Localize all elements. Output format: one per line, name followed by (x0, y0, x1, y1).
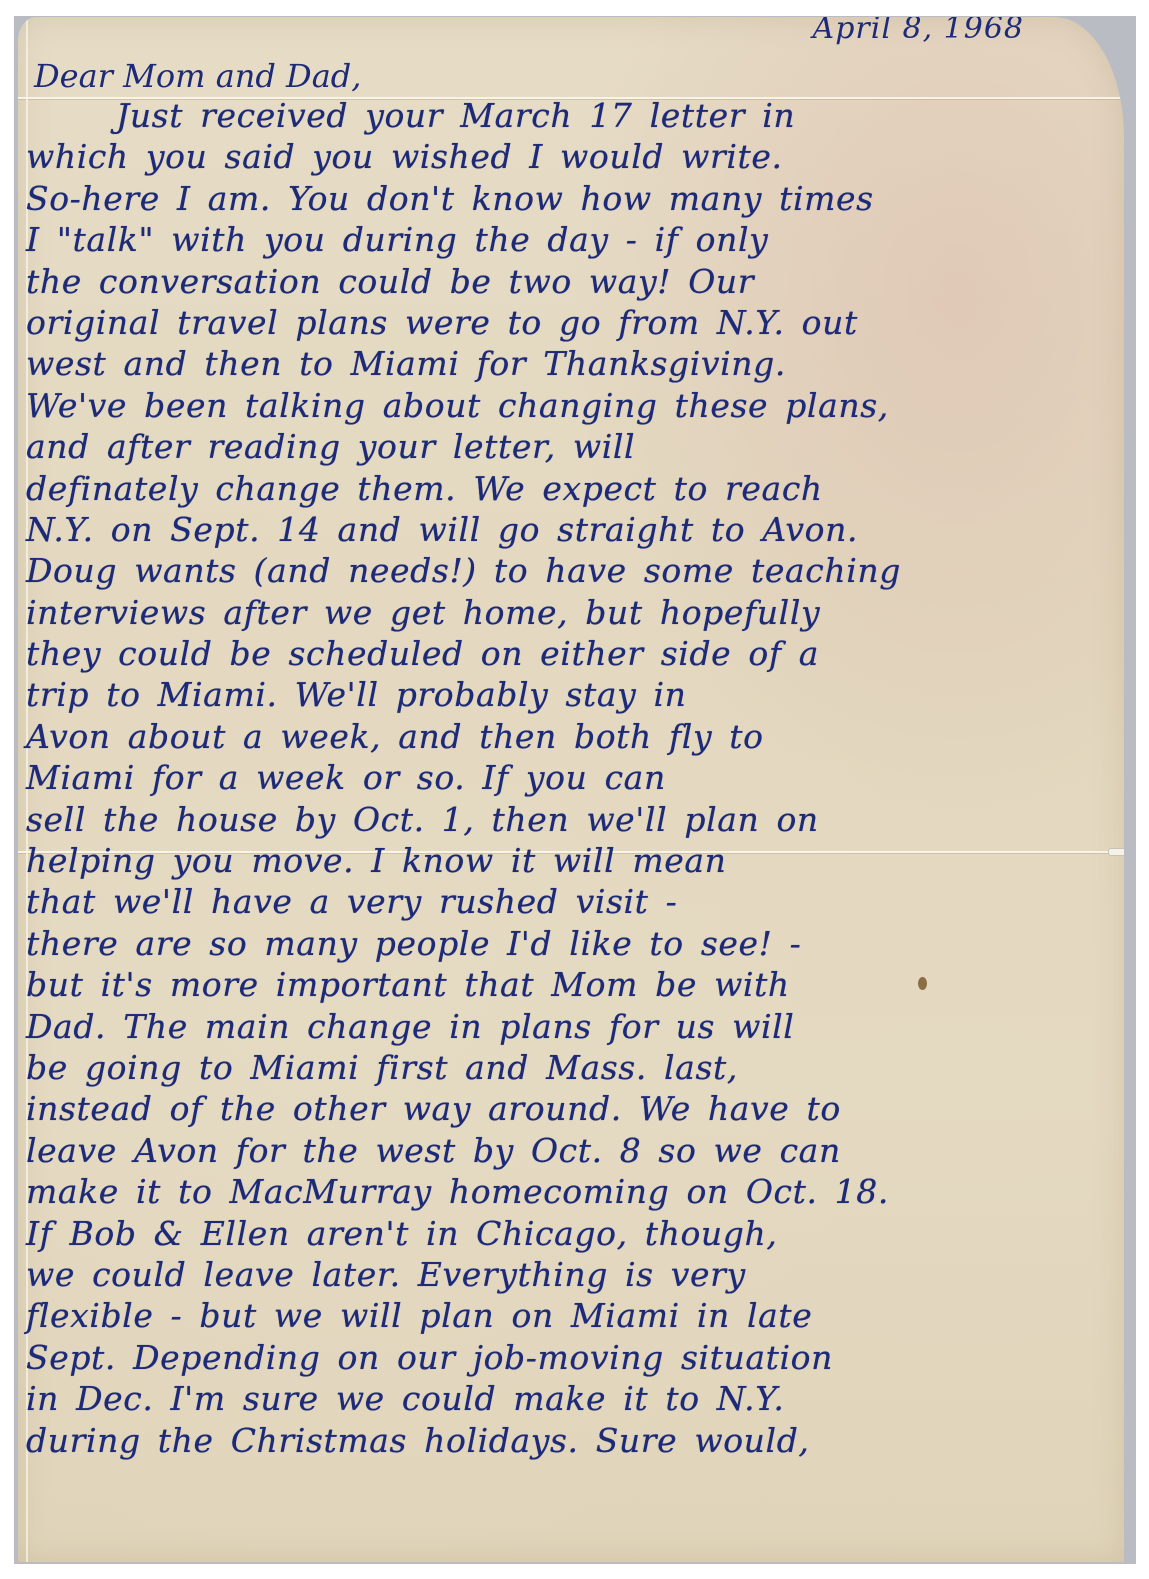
letter-line: which you said you wished I would write. (26, 136, 1121, 177)
letter-line: I "talk" with you during the day - if on… (26, 219, 1121, 260)
letter-line: make it to MacMurray homecoming on Oct. … (26, 1171, 1121, 1212)
letter-lines: Just received your March 17 letter in wh… (26, 95, 1121, 1461)
letter-line: in Dec. I'm sure we could make it to N.Y… (26, 1378, 1121, 1419)
letter-line: We've been talking about changing these … (26, 385, 1121, 426)
letter-line: Miami for a week or so. If you can (26, 757, 1121, 798)
letter-line: Sept. Depending on our job-moving situat… (26, 1337, 1121, 1378)
letter-line: instead of the other way around. We have… (26, 1088, 1121, 1129)
letter-line: there are so many people I'd like to see… (26, 923, 1121, 964)
letter-line: trip to Miami. We'll probably stay in (26, 674, 1121, 715)
letter-line: but it's more important that Mom be with (26, 964, 1121, 1005)
letter-line: that we'll have a very rushed visit - (26, 881, 1121, 922)
letter-line: during the Christmas holidays. Sure woul… (26, 1420, 1121, 1461)
letter-line: interviews after we get home, but hopefu… (26, 592, 1121, 633)
letter-line: leave Avon for the west by Oct. 8 so we … (26, 1130, 1121, 1171)
letter-line: west and then to Miami for Thanksgiving. (26, 343, 1121, 384)
letter-line: Avon about a week, and then both fly to (26, 716, 1121, 757)
letter-page: April 8, 1968 Dear Mom and Dad, Just rec… (18, 17, 1124, 1562)
letter-line: Doug wants (and needs!) to have some tea… (26, 550, 1121, 591)
letter-line: helping you move. I know it will mean (26, 840, 1121, 881)
letter-line: Dad. The main change in plans for us wil… (26, 1006, 1121, 1047)
letter-line: N.Y. on Sept. 14 and will go straight to… (26, 509, 1121, 550)
letter-date: April 8, 1968 (813, 17, 1024, 46)
letter-line: flexible - but we will plan on Miami in … (26, 1295, 1121, 1336)
letter-line: definately change them. We expect to rea… (26, 468, 1121, 509)
letter-line: we could leave later. Everything is very (26, 1254, 1121, 1295)
letter-line: So-here I am. You don't know how many ti… (26, 178, 1121, 219)
letter-line: original travel plans were to go from N.… (26, 302, 1121, 343)
letter-line: the conversation could be two way! Our (26, 261, 1121, 302)
letter-line: and after reading your letter, will (26, 426, 1121, 467)
letter-line: sell the house by Oct. 1, then we'll pla… (26, 799, 1121, 840)
letter-line: Just received your March 17 letter in (26, 95, 1121, 136)
letter-greeting: Dear Mom and Dad, (34, 57, 361, 95)
letter-line: If Bob & Ellen aren't in Chicago, though… (26, 1213, 1121, 1254)
letter-line: be going to Miami first and Mass. last, (26, 1047, 1121, 1088)
letter-line: they could be scheduled on either side o… (26, 633, 1121, 674)
